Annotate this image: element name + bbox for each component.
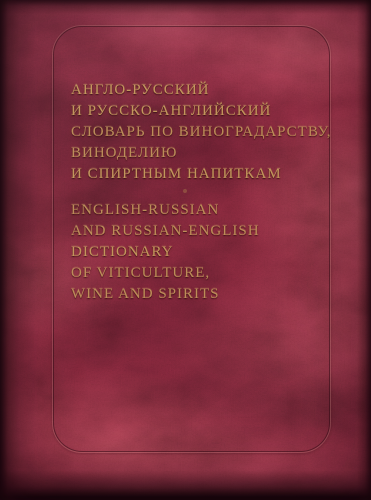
russian-title-line: АНГЛО-РУССКИЙ (71, 80, 332, 101)
english-title-block: ENGLISH-RUSSIAN AND RUSSIAN-ENGLISH DICT… (71, 200, 260, 305)
book-cover-photo: АНГЛО-РУССКИЙ И РУССКО-АНГЛИЙСКИЙ СЛОВАР… (0, 0, 371, 500)
russian-title-line: И РУССКО-АНГЛИЙСКИЙ (71, 101, 332, 122)
english-title-line: AND RUSSIAN-ENGLISH (71, 221, 260, 242)
russian-title-block: АНГЛО-РУССКИЙ И РУССКО-АНГЛИЙСКИЙ СЛОВАР… (71, 80, 332, 185)
english-title-line: ENGLISH-RUSSIAN (71, 200, 260, 221)
russian-title-line: И СПИРТНЫМ НАПИТКАМ (71, 164, 332, 185)
english-title-line: WINE AND SPIRITS (71, 284, 260, 305)
title-separator-dot (183, 189, 187, 193)
russian-title-line: СЛОВАРЬ ПО ВИНОГРАДАРСТВУ, (71, 122, 332, 143)
english-title-line: DICTIONARY (71, 242, 260, 263)
russian-title-line: ВИНОДЕЛИЮ (71, 143, 332, 164)
english-title-line: OF VITICULTURE, (71, 263, 260, 284)
